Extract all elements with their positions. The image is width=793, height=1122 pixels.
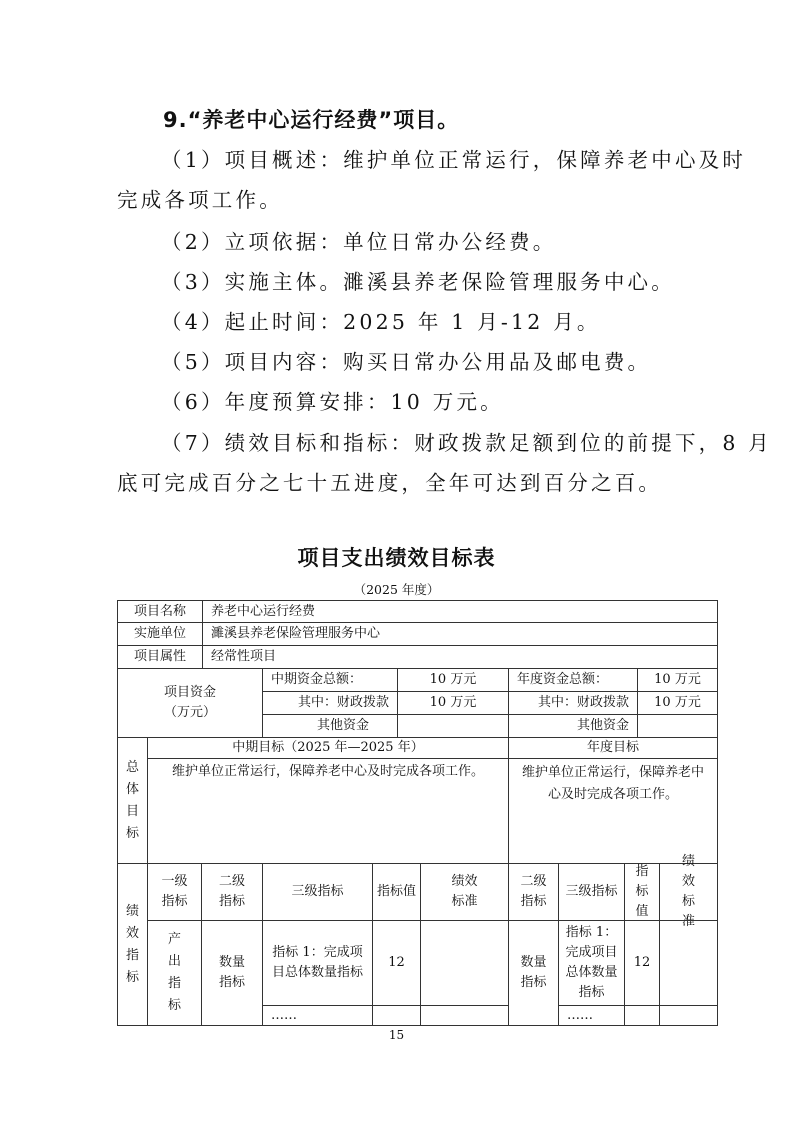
- hdr-y-level2: 二级指标: [508, 863, 559, 921]
- row-y-level2: 数量指标: [508, 920, 559, 1026]
- row-y-level3: 指标 1：完成项目总体数量指标: [558, 920, 625, 1006]
- row-level3: 指标 1：完成项目总体数量指标: [262, 920, 373, 1006]
- mid-other-label: 其他资金: [262, 714, 398, 738]
- hdr-value: 指标值: [372, 863, 421, 921]
- funds-label: 项目资金 （万元）: [117, 668, 263, 738]
- item-4: （4）起止时间：2025 年 1 月-12 月。: [117, 304, 717, 341]
- row-y-more: ……: [558, 1005, 625, 1026]
- row-standard: [420, 920, 509, 1006]
- item-6: （6）年度预算安排：10 万元。: [117, 384, 717, 421]
- attr-value: 经常性项目: [202, 645, 718, 669]
- mid-fiscal-label: 其中：财政拨款: [262, 691, 398, 715]
- year-total-value: 10 万元: [637, 668, 718, 692]
- item-3: （3）实施主体。濉溪县养老保险管理服务中心。: [117, 264, 717, 301]
- attr-label: 项目属性: [117, 645, 203, 669]
- project-name-label: 项目名称: [117, 600, 203, 623]
- hdr-standard: 绩效标准: [420, 863, 509, 921]
- row-value: 12: [372, 920, 421, 1006]
- item-1-cont: 完成各项工作。: [117, 182, 717, 219]
- project-name-value: 养老中心运行经费: [202, 600, 718, 623]
- item-7: （7）绩效目标和指标：财政拨款足额到位的前提下，8 月: [117, 425, 717, 462]
- page-number: 15: [0, 1028, 793, 1042]
- row-y-more-standard: [659, 1005, 718, 1026]
- year-goal-text: 维护单位正常运行，保障养老中心及时完成各项工作。: [508, 758, 718, 864]
- indicators-label: 绩效指标: [117, 863, 148, 1026]
- year-total-label: 年度资金总额：: [508, 668, 638, 692]
- mid-goal-header: 中期目标（2025 年—2025 年）: [147, 737, 509, 759]
- mid-other-value: [397, 714, 509, 738]
- year-fiscal-label: 其中：财政拨款: [508, 691, 638, 715]
- row-more-value: [372, 1005, 421, 1026]
- hdr-y-value: 指标值: [624, 863, 660, 921]
- mid-total-value: 10 万元: [397, 668, 509, 692]
- row-y-standard: [659, 920, 718, 1006]
- year-other-label: 其他资金: [508, 714, 638, 738]
- mid-total-label: 中期资金总额：: [262, 668, 398, 692]
- item-2: （2）立项依据：单位日常办公经费。: [117, 224, 717, 261]
- table-year: （2025 年度）: [0, 580, 793, 598]
- hdr-level3: 三级指标: [262, 863, 373, 921]
- hdr-y-standard: 绩效标准: [659, 863, 718, 921]
- hdr-level2: 二级指标: [201, 863, 263, 921]
- hdr-level1: 一级指标: [147, 863, 202, 921]
- row-level1: 产出指标: [147, 920, 202, 1026]
- unit-value: 濉溪县养老保险管理服务中心: [202, 622, 718, 646]
- unit-label: 实施单位: [117, 622, 203, 646]
- hdr-y-level3: 三级指标: [558, 863, 625, 921]
- row-level2: 数量指标: [201, 920, 263, 1026]
- item-1: （1）项目概述：维护单位正常运行，保障养老中心及时: [117, 142, 717, 179]
- row-more: ……: [262, 1005, 373, 1026]
- funds-label-text: 项目资金: [164, 683, 216, 703]
- year-goal-header: 年度目标: [508, 737, 718, 759]
- item-5: （5）项目内容：购买日常办公用品及邮电费。: [117, 344, 717, 381]
- row-y-more-value: [624, 1005, 660, 1026]
- mid-goal-text: 维护单位正常运行，保障养老中心及时完成各项工作。: [147, 758, 509, 864]
- row-more-standard: [420, 1005, 509, 1026]
- overall-goal-label: 总体目标: [117, 737, 148, 864]
- year-fiscal-value: 10 万元: [637, 691, 718, 715]
- table-title: 项目支出绩效目标表: [0, 542, 793, 572]
- funds-unit-text: （万元）: [164, 703, 216, 723]
- year-other-value: [637, 714, 718, 738]
- section-heading: 9.“养老中心运行经费”项目。: [163, 104, 459, 134]
- mid-fiscal-value: 10 万元: [397, 691, 509, 715]
- item-7-cont: 底可完成百分之七十五进度，全年可达到百分之百。: [117, 465, 717, 502]
- row-y-value: 12: [624, 920, 660, 1006]
